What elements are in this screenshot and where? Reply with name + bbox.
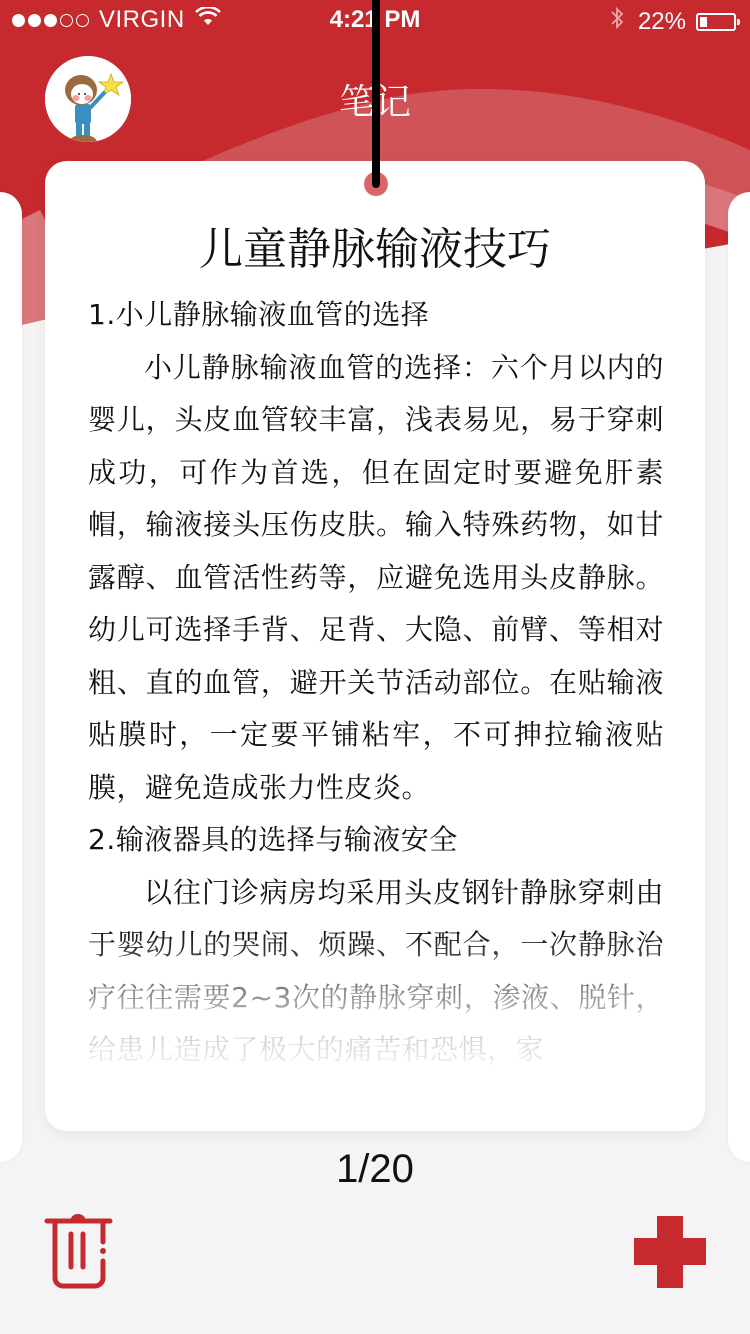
delete-button[interactable] <box>44 1214 114 1290</box>
trash-icon <box>44 1214 114 1290</box>
section-paragraph: 小儿静脉输液血管的选择：六个月以内的婴儿，头皮血管较丰富，浅表易见，易于穿刺成功… <box>88 342 664 815</box>
red-cross-plus-icon <box>634 1216 706 1288</box>
bluetooth-icon <box>610 6 624 37</box>
note-title: 儿童静脉输液技巧 <box>45 213 705 277</box>
page-indicator: 1/20 <box>0 1147 750 1192</box>
add-note-button[interactable] <box>634 1216 706 1288</box>
text-fade-overlay <box>45 931 705 1131</box>
battery-percent: 22% <box>638 8 686 36</box>
section-heading: 1.小儿静脉输液血管的选择 <box>88 289 664 342</box>
battery-icon <box>696 13 736 31</box>
note-card[interactable]: 儿童静脉输液技巧 1.小儿静脉输液血管的选择 小儿静脉输液血管的选择：六个月以内… <box>45 161 705 1131</box>
hanging-string-decoration <box>372 0 380 188</box>
section-heading: 2.输液器具的选择与输液安全 <box>88 814 664 867</box>
previous-note-card[interactable] <box>0 192 22 1162</box>
next-note-card[interactable] <box>728 192 750 1162</box>
status-right: 22% <box>610 6 736 37</box>
